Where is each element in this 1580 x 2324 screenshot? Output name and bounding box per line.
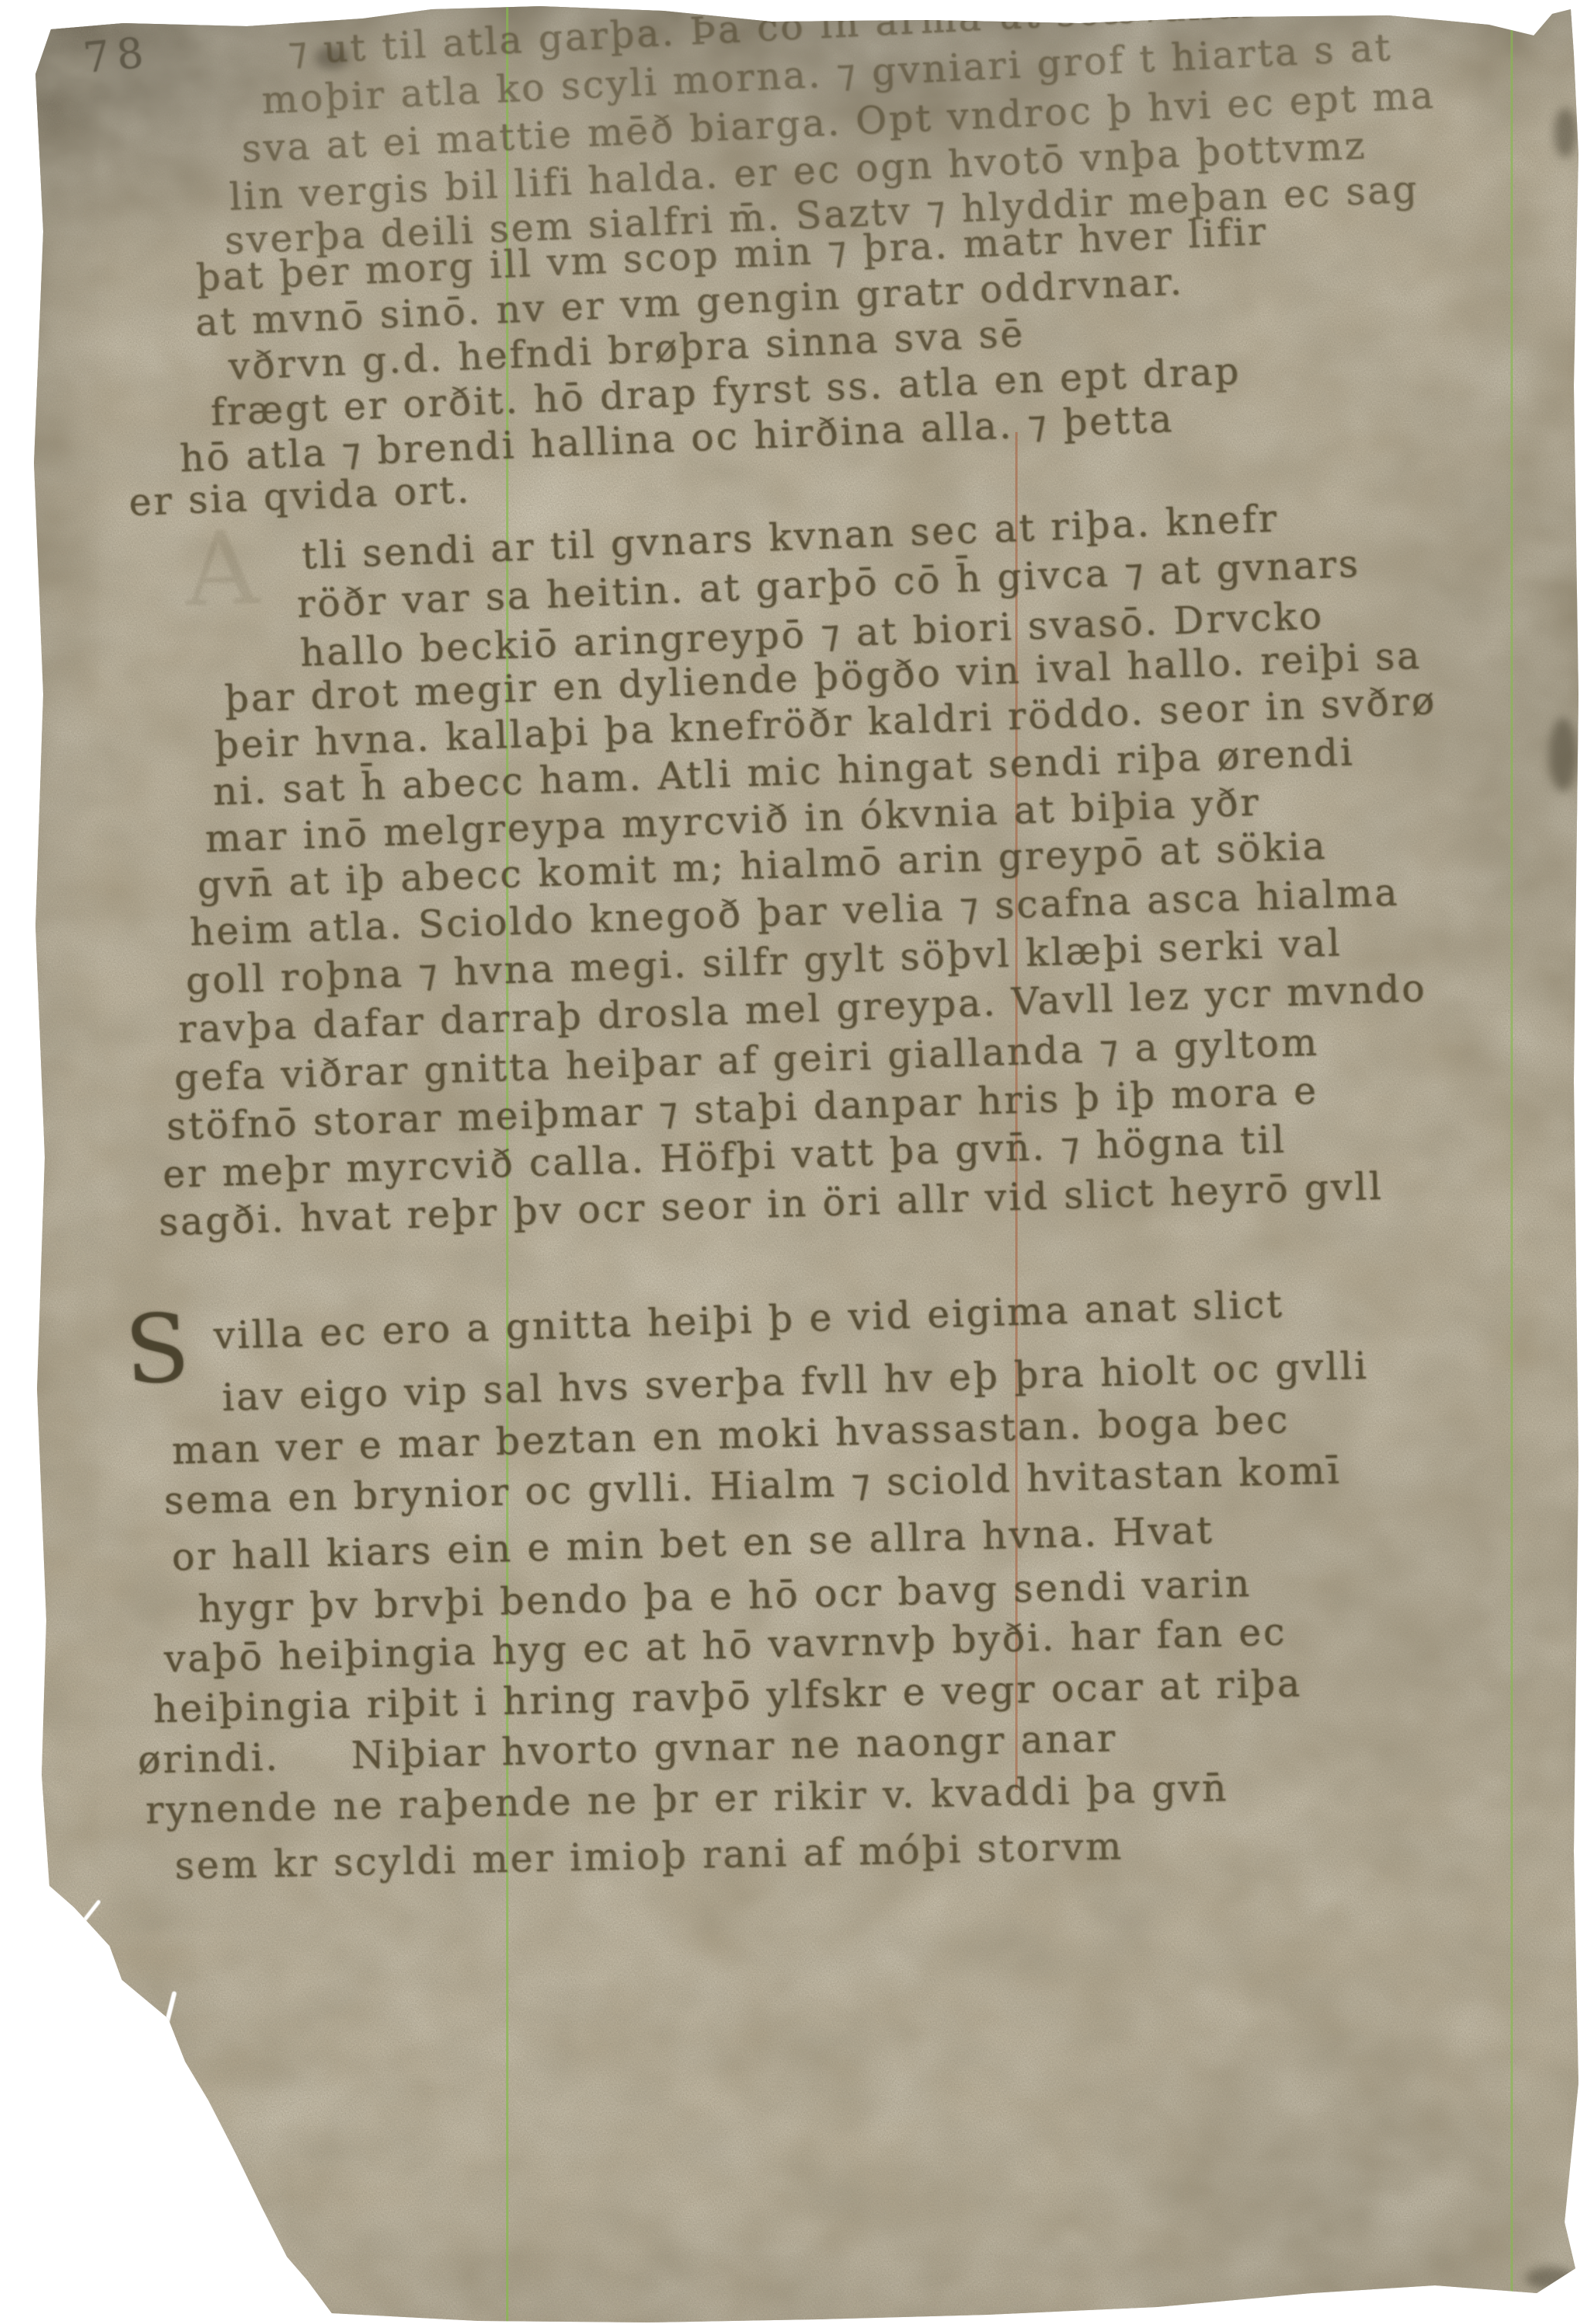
parchment-leaf: A S ⁊ ut til atla garþa. Þa cō in arma u… — [0, 0, 1580, 2324]
manuscript-line: sem kr scyldi mer imioþ rani af móþi sto… — [174, 1824, 1124, 1888]
manuscript-scan: A S ⁊ ut til atla garþa. Þa cō in arma u… — [0, 0, 1580, 2324]
manuscript-line: villa ec ero a gnitta heiþi þ e vid eigi… — [213, 1282, 1285, 1358]
manuscript-line: er sia qvida ort. — [128, 468, 472, 525]
page-number: 78 — [81, 28, 153, 83]
text-block: ⁊ ut til atla garþa. Þa cō in arma ut sc… — [0, 0, 1580, 2324]
